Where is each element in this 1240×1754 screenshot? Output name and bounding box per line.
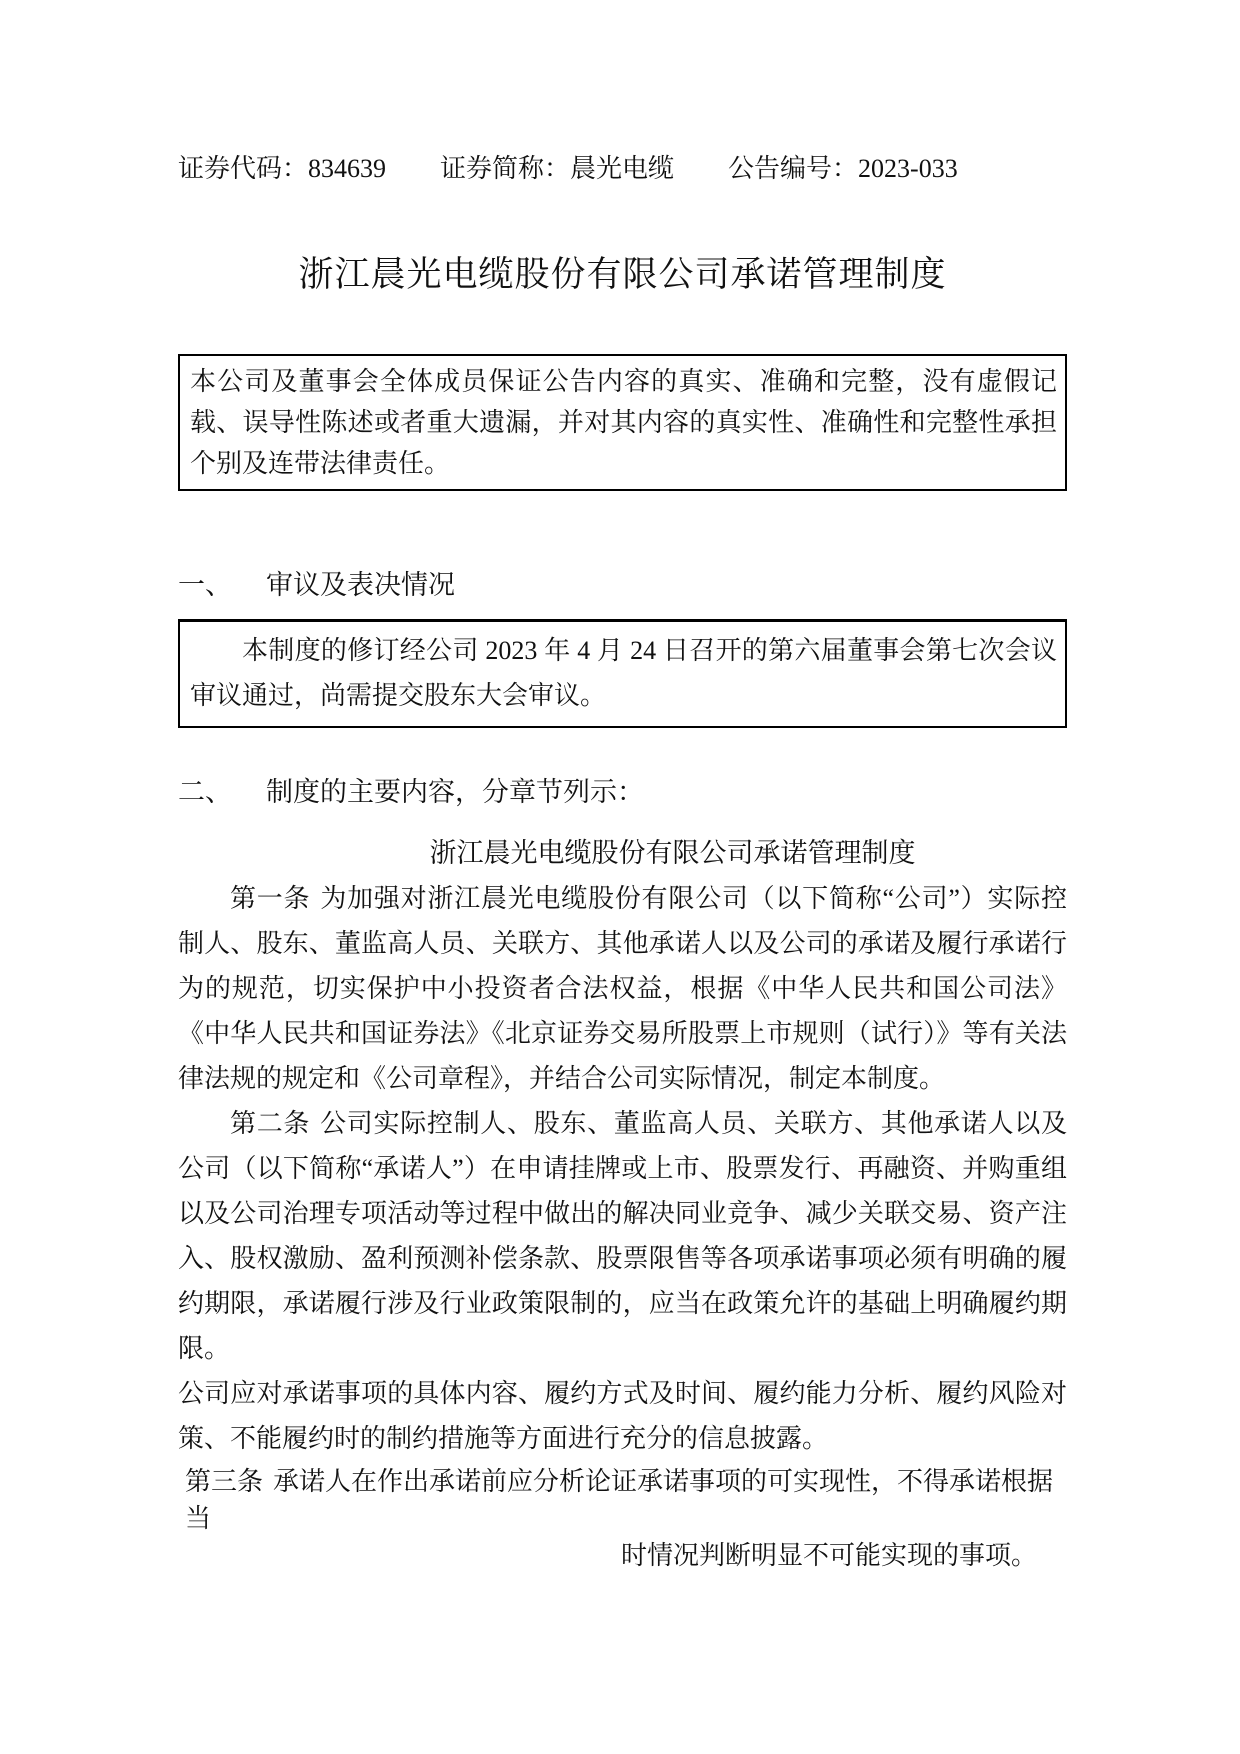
section-1-number: 一、 [178, 567, 266, 603]
section-heading-1: 一、审议及表决情况 [178, 567, 1067, 603]
article-3-label: 第三条 [185, 1467, 263, 1496]
article-3: 第三条承诺人在作出承诺前应分析论证承诺事项的可实现性，不得承诺根据当 时情况判断… [178, 1463, 1067, 1574]
article-2-continuation: 公司应对承诺事项的具体内容、履约方式及时间、履约能力分析、履约风险对策、不能履约… [178, 1371, 1067, 1461]
article-2-label: 第二条 [230, 1109, 310, 1138]
section-2-number: 二、 [178, 774, 266, 810]
article-1-label: 第一条 [230, 884, 310, 913]
article-2-text: 公司实际控制人、股东、董监高人员、关联方、其他承诺人以及公司（以下简称“承诺人”… [178, 1109, 1067, 1363]
disclaimer-text: 本公司及董事会全体成员保证公告内容的真实、准确和完整，没有虚假记载、误导性陈述或… [190, 361, 1057, 484]
stock-name: 证券简称：晨光电缆 [440, 150, 674, 188]
article-3-text-line1: 承诺人在作出承诺前应分析论证承诺事项的可实现性，不得承诺根据当 [185, 1467, 1053, 1533]
review-text: 本制度的修订经公司 2023 年 4 月 24 日召开的第六届董事会第七次会议审… [190, 628, 1057, 718]
section-2-title: 制度的主要内容，分章节列示： [266, 777, 644, 807]
article-2: 第二条公司实际控制人、股东、董监高人员、关联方、其他承诺人以及公司（以下简称“承… [178, 1101, 1067, 1371]
announcement-number: 公告编号：2023-033 [728, 150, 958, 188]
section-heading-2: 二、制度的主要内容，分章节列示： [178, 774, 1067, 810]
inner-subtitle: 浙江晨光电缆股份有限公司承诺管理制度 [178, 834, 1067, 872]
article-3-line1: 第三条承诺人在作出承诺前应分析论证承诺事项的可实现性，不得承诺根据当 [178, 1463, 1067, 1537]
disclaimer-box: 本公司及董事会全体成员保证公告内容的真实、准确和完整，没有虚假记载、误导性陈述或… [178, 354, 1067, 491]
section-1-title: 审议及表决情况 [266, 570, 455, 600]
page-title: 浙江晨光电缆股份有限公司承诺管理制度 [178, 252, 1067, 298]
document-header: 证券代码：834639 证券简称：晨光电缆 公告编号：2023-033 [178, 150, 1067, 188]
article-1-text: 为加强对浙江晨光电缆股份有限公司（以下简称“公司”）实际控制人、股东、董监高人员… [178, 884, 1067, 1093]
review-box: 本制度的修订经公司 2023 年 4 月 24 日召开的第六届董事会第七次会议审… [178, 619, 1067, 728]
article-3-line2: 时情况判断明显不可能实现的事项。 [178, 1537, 1067, 1574]
articles-body: 第一条为加强对浙江晨光电缆股份有限公司（以下简称“公司”）实际控制人、股东、董监… [178, 876, 1067, 1461]
announcement-page: 证券代码：834639 证券简称：晨光电缆 公告编号：2023-033 浙江晨光… [0, 0, 1240, 1754]
stock-code: 证券代码：834639 [178, 150, 386, 188]
article-1: 第一条为加强对浙江晨光电缆股份有限公司（以下简称“公司”）实际控制人、股东、董监… [178, 876, 1067, 1101]
